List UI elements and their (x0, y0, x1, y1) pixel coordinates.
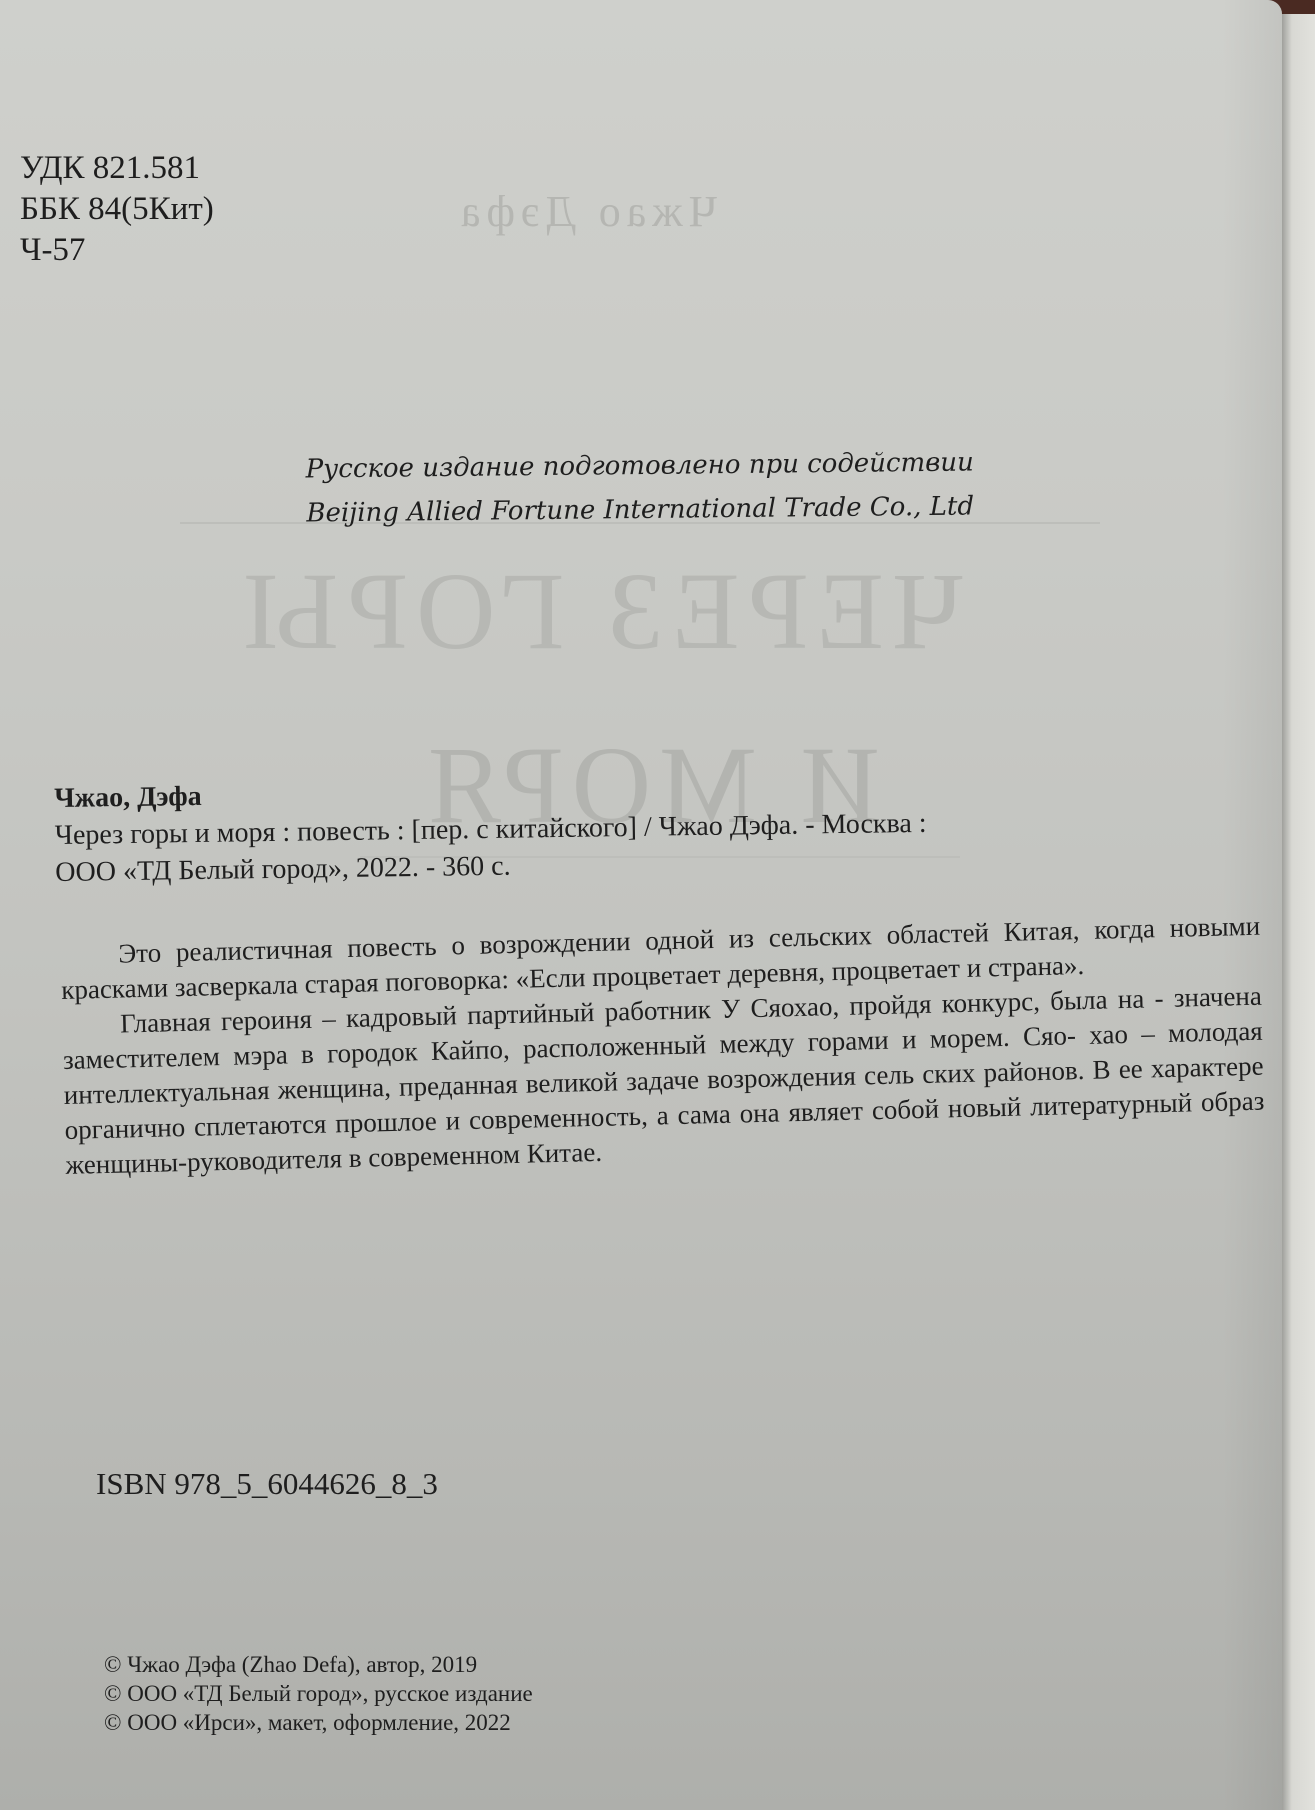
show-through-author: Чжао Дэфа (455, 186, 717, 237)
copyright-block: © Чжао Дэфа (Zhao Defa), автор, 2019 © О… (104, 1650, 533, 1737)
assistance-line-1: Русское издание подготовлено при содейст… (270, 440, 1010, 492)
copyright-line: © ООО «ТД Белый город», русское издание (104, 1679, 533, 1708)
udk-code: УДК 821.581 (20, 148, 214, 189)
assistance-line-2: Beijing Allied Fortune International Tra… (270, 484, 1010, 536)
bibliographic-record: Чжао, Дэфа Через горы и моря : повесть :… (54, 768, 927, 891)
assistance-note: Русское издание подготовлено при содейст… (270, 440, 1011, 536)
isbn: ISBN 978_5_6044626_8_3 (96, 1466, 438, 1502)
copyright-line: © Чжао Дэфа (Zhao Defa), автор, 2019 (104, 1650, 533, 1679)
author-mark: Ч-57 (20, 230, 214, 271)
show-through-title-line1: ЧЕРЕЗ ГОРЫ (235, 548, 963, 675)
annotation-paragraph-2: Главная героиня – кадровый партийный раб… (62, 979, 1266, 1183)
copyright-line: © ООО «Ирси», макет, оформление, 2022 (104, 1708, 533, 1737)
classification-block: УДК 821.581 ББК 84(5Кит) Ч-57 (20, 148, 214, 271)
next-page-edge (1282, 14, 1315, 1810)
annotation: Это реалистичная повесть о возрождении о… (60, 909, 1266, 1183)
bbk-code: ББК 84(5Кит) (20, 189, 214, 230)
book-page: Чжао Дэфа ЧЕРЕЗ ГОРЫ И МОРЯ УДК 821.581 … (0, 0, 1282, 1810)
